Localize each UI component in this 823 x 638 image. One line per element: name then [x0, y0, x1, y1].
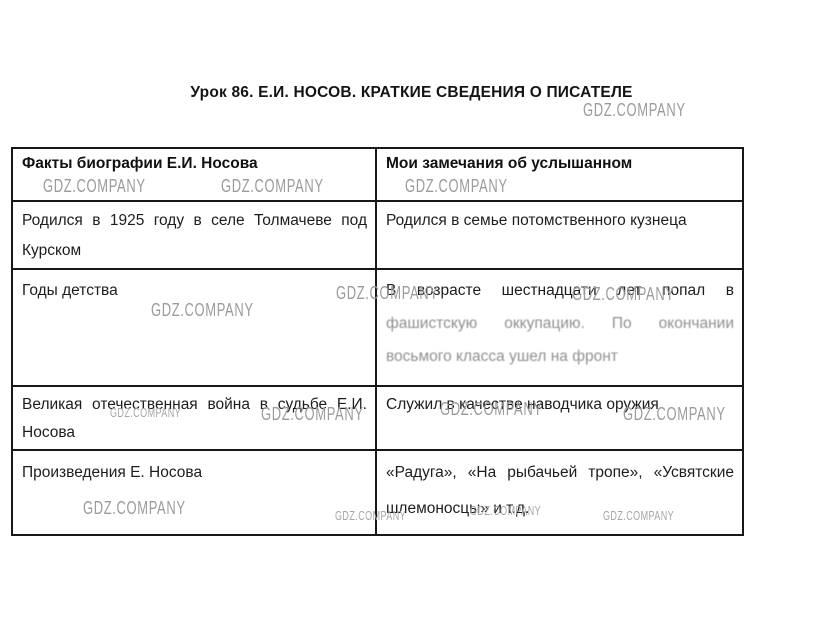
text-line: Годы детства	[22, 274, 367, 307]
table-row: Годы детства В возрасте шестнадцати лет …	[12, 269, 743, 386]
text-line: Произведения Е. Носова	[22, 455, 367, 491]
text-line: Служил в качестве наводчика оружия	[386, 391, 734, 419]
text-line: Великая отечественная война в судьбе Е.И…	[22, 391, 367, 419]
text-line: Курском	[22, 236, 367, 266]
cell-childhood: Годы детства	[12, 269, 376, 386]
table-row: Произведения Е. Носова «Радуга», «На рыб…	[12, 450, 743, 535]
cell-works-list: «Радуга», «На рыбачьей тропе», «Усвятски…	[376, 450, 743, 535]
text-line: Родился в семье потомственного кузнеца	[386, 206, 734, 236]
text-line: Родился в 1925 году в селе Толмачеве под	[22, 206, 367, 236]
page-title: Урок 86. Е.И. НОСОВ. КРАТКИЕ СВЕДЕНИЯ О …	[0, 84, 823, 102]
header-cell-facts: Факты биографии Е.И. Носова	[12, 148, 376, 201]
text-line: восьмого класса ушел на фронт	[386, 340, 734, 373]
text-line: фашистскую оккупацию. По окончании	[386, 307, 734, 340]
cell-born-family: Родился в семье потомственного кузнеца	[376, 201, 743, 269]
table-row: Великая отечественная война в судьбе Е.И…	[12, 386, 743, 450]
cell-works: Произведения Е. Носова	[12, 450, 376, 535]
gdz-watermark: GDZ.COMPANY	[583, 100, 686, 121]
table-header-row: Факты биографии Е.И. Носова Мои замечани…	[12, 148, 743, 201]
cell-childhood-notes: В возрасте шестнадцати лет попал в фашис…	[376, 269, 743, 386]
header-cell-remarks: Мои замечания об услышанном	[376, 148, 743, 201]
text-line: В возрасте шестнадцати лет попал в	[386, 274, 734, 307]
cell-war-notes: Служил в качестве наводчика оружия	[376, 386, 743, 450]
biography-table: Факты биографии Е.И. Носова Мои замечани…	[11, 147, 744, 536]
cell-war: Великая отечественная война в судьбе Е.И…	[12, 386, 376, 450]
text-line: Носова	[22, 419, 367, 447]
cell-born-place: Родился в 1925 году в селе Толмачеве под…	[12, 201, 376, 269]
table-row: Родился в 1925 году в селе Толмачеве под…	[12, 201, 743, 269]
text-line: шлемоносцы» и т.д.	[386, 491, 734, 527]
text-line: «Радуга», «На рыбачьей тропе», «Усвятски…	[386, 455, 734, 491]
